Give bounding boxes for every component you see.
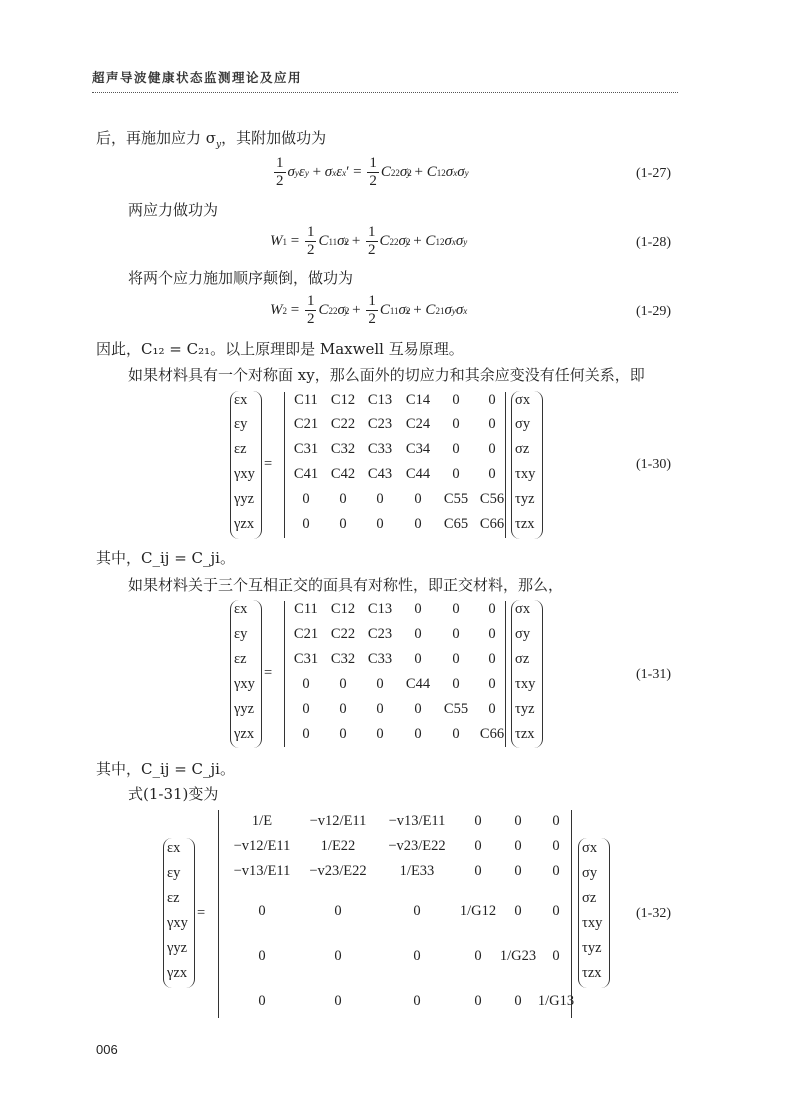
matrix-cell: 0 [462, 466, 522, 483]
vec-entry: γxy [234, 676, 255, 693]
matrix-cell: 0 [462, 651, 522, 668]
paragraph-7: 如果材料关于三个互相正交的面具有对称性，即正交材料，那么， [128, 575, 563, 595]
vec-entry: γyz [167, 940, 187, 957]
equation-number: (1-29) [636, 304, 671, 320]
paragraph-2: 两应力做功为 [128, 200, 218, 220]
matrix-cell: 0 [462, 626, 522, 643]
matrix-cell: 0 [462, 392, 522, 409]
vec-entry: εy [167, 865, 180, 882]
vec-entry: γzx [167, 965, 187, 982]
equation-number: (1-28) [636, 235, 671, 251]
vec-entry: γyz [234, 701, 254, 718]
paragraph-5: 如果材料具有一个对称面 xy，那么面外的切应力和其余应变没有任何关系，即 [128, 365, 645, 385]
matrix-cell: 0 [462, 441, 522, 458]
matrix-cell: 0 [232, 948, 292, 965]
vec-entry: εx [167, 840, 180, 857]
matrix-cell: 0 [526, 813, 586, 830]
matrix-cell: 0 [387, 903, 447, 920]
equation-1-29: W2 = 12C22σ2y + 12C11σ2x + C21σyσx [270, 293, 467, 328]
vec-entry: γyz [234, 491, 254, 508]
equation-number: (1-27) [636, 166, 671, 182]
matrix-cell: C66 [462, 726, 522, 743]
matrix-cell: −v23/E22 [308, 863, 368, 880]
equation-number: (1-31) [636, 667, 671, 683]
running-header: 超声导波健康状态监测理论及应用 [92, 68, 302, 86]
matrix-cell: 0 [526, 948, 586, 965]
header-divider [92, 92, 678, 93]
vec-entry: εx [234, 392, 247, 409]
matrix-cell: 0 [462, 416, 522, 433]
paragraph-6: 其中，C_ij = C_ji。 [96, 548, 235, 568]
matrix-cell: 0 [308, 903, 368, 920]
matrix-cell: 0 [387, 993, 447, 1010]
matrix-cell: C56 [462, 491, 522, 508]
matrix-cell: 0 [308, 948, 368, 965]
matrix-cell: −v12/E11 [232, 838, 292, 855]
matrix-cell: 0 [526, 863, 586, 880]
equation-1-28: W1 = 12C11σ2x + 12C22σ2y + C12σxσy [270, 224, 467, 259]
matrix-cell: C66 [462, 516, 522, 533]
vec-entry: εz [234, 651, 247, 668]
matrix-cell: 0 [462, 601, 522, 618]
paragraph-3: 将两个应力施加顺序颠倒，做功为 [128, 268, 353, 288]
paragraph-9: 式(1-31)变为 [128, 784, 218, 804]
vec-entry: εy [234, 416, 247, 433]
vec-entry: εz [167, 890, 180, 907]
paragraph-8: 其中，C_ij = C_ji。 [96, 759, 235, 779]
equation-number: (1-32) [636, 906, 671, 922]
vec-entry: τzx [582, 965, 602, 982]
vec-entry: γxy [234, 466, 255, 483]
matrix-cell: 0 [462, 701, 522, 718]
equals: = [197, 905, 205, 922]
vec-entry: εx [234, 601, 247, 618]
matrix-cell: 0 [462, 676, 522, 693]
vec-entry: εz [234, 441, 247, 458]
matrix-cell: 0 [526, 903, 586, 920]
matrix-cell: 0 [308, 993, 368, 1010]
matrix-cell: 1/E22 [308, 838, 368, 855]
page-number: 006 [96, 1042, 118, 1057]
matrix-cell: 1/E [232, 813, 292, 830]
paragraph-1: 后，再施加应力 σy，其附加做功为 [96, 128, 326, 155]
text: 后，再施加应力 σ [96, 129, 216, 147]
text: ，其附加做功为 [221, 129, 326, 147]
matrix-cell: −v12/E11 [308, 813, 368, 830]
matrix-cell: 1/E33 [387, 863, 447, 880]
matrix-cell: 0 [232, 993, 292, 1010]
vec-entry: γxy [167, 915, 188, 932]
matrix-cell: 0 [232, 903, 292, 920]
equals: = [264, 665, 272, 682]
matrix-cell: −v13/E11 [387, 813, 447, 830]
matrix-cell: −v13/E11 [232, 863, 292, 880]
vec-entry: εy [234, 626, 247, 643]
equation-1-27: 12σyεy + σxεx′ = 12C22σ2y + C12σxσy [272, 155, 469, 190]
equals: = [264, 456, 272, 473]
matrix-cell: 0 [387, 948, 447, 965]
paragraph-4: 因此，C₁₂ = C₂₁。以上原理即是 Maxwell 互易原理。 [96, 339, 464, 359]
matrix-cell: −v23/E22 [387, 838, 447, 855]
vec-entry: γzx [234, 726, 254, 743]
matrix-cell: 0 [526, 838, 586, 855]
equation-number: (1-30) [636, 457, 671, 473]
vec-entry: γzx [234, 516, 254, 533]
matrix-cell: 1/G13 [526, 993, 586, 1010]
